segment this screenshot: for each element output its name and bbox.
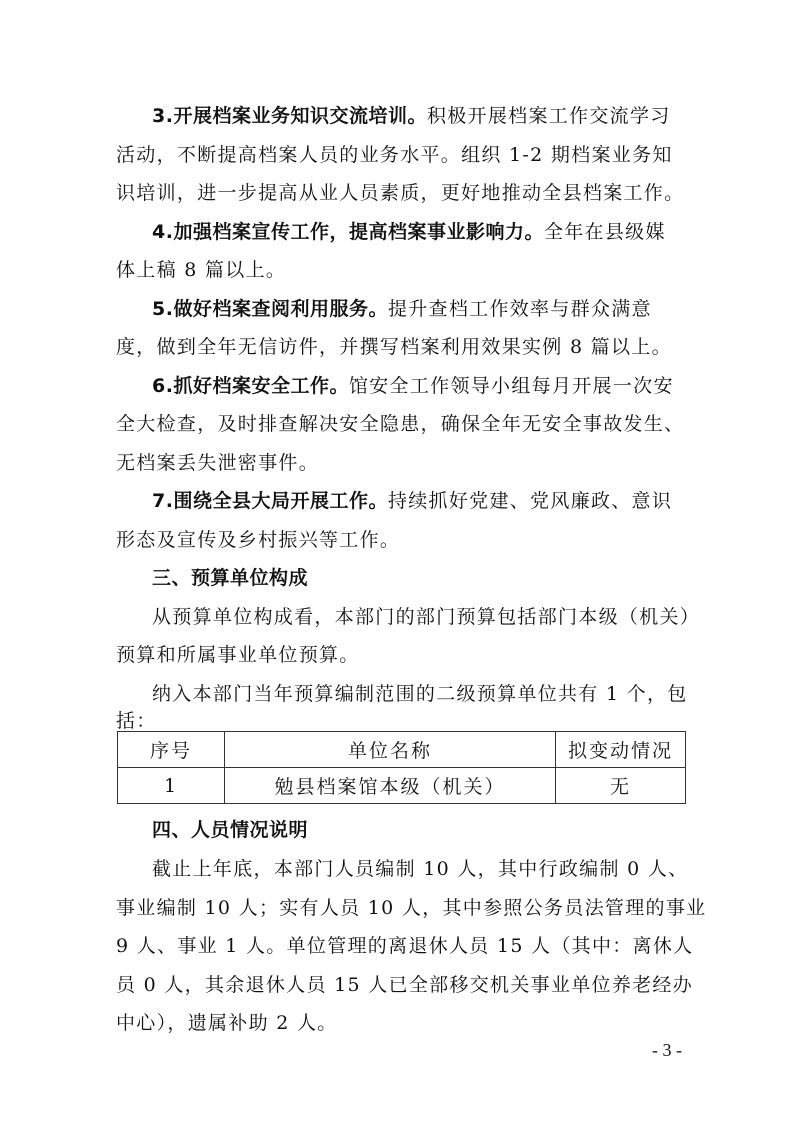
item-4-title: 4.加强档案宣传工作，提高档案事业影响力。 <box>152 221 544 243</box>
section-4-line-2: 事业编制 10 人；实有人员 10 人，其中参照公务员法管理的事业 <box>116 896 696 920</box>
section-4-line-3: 9 人、事业 1 人。单位管理的离退休人员 15 人（其中：离休人 <box>116 934 696 958</box>
paragraph-3-line-1: 3.开展档案业务知识交流培训。积极开展档案工作交流学习 <box>152 104 696 128</box>
item-5-title: 5.做好档案查阅利用服务。 <box>152 298 388 320</box>
table-cell: 无 <box>556 768 686 804</box>
page-number: - 3 - <box>652 1040 682 1061</box>
paragraph-4-line-1: 4.加强档案宣传工作，提高档案事业影响力。全年在县级媒 <box>152 220 696 244</box>
paragraph-4-line-2: 体上稿 8 篇以上。 <box>116 258 696 282</box>
section-4-line-5: 中心），遗属补助 2 人。 <box>116 1011 696 1035</box>
paragraph-6-line-3: 无档案丢失泄密事件。 <box>116 451 696 475</box>
section-3-heading: 三、预算单位构成 <box>152 566 696 590</box>
section-4-heading: 四、人员情况说明 <box>152 818 696 842</box>
section-3-para-1-line-1: 从预算单位构成看，本部门的部门预算包括部门本级（机关） <box>152 605 696 629</box>
table-header-row: 序号 单位名称 拟变动情况 <box>118 732 686 768</box>
paragraph-6-line-2: 全大检查，及时排查解决安全隐患，确保全年无安全事故发生、 <box>116 412 696 436</box>
paragraph-3-line-3: 识培训，进一步提高从业人员素质，更好地推动全县档案工作。 <box>116 181 696 205</box>
item-3-title: 3.开展档案业务知识交流培训。 <box>152 105 427 127</box>
table-header-cell: 序号 <box>118 732 225 768</box>
section-4-line-4: 员 0 人，其余退休人员 15 人已全部移交机关事业单位养老经办 <box>116 973 696 997</box>
table-header-cell: 拟变动情况 <box>556 732 686 768</box>
table-header-cell: 单位名称 <box>225 732 556 768</box>
paragraph-7-line-2: 形态及宣传及乡村振兴等工作。 <box>116 528 696 552</box>
section-3-para-1-line-2: 预算和所属事业单位预算。 <box>116 643 696 667</box>
paragraph-6-line-1: 6.抓好档案安全工作。馆安全工作领导小组每月开展一次安 <box>152 374 696 398</box>
budget-units-table: 序号 单位名称 拟变动情况 1 勉县档案馆本级（机关） 无 <box>117 731 686 804</box>
section-3-para-2-line-2: 括： <box>116 709 696 733</box>
item-6-title: 6.抓好档案安全工作。 <box>152 375 349 397</box>
section-3-para-2-line-1: 纳入本部门当年预算编制范围的二级预算单位共有 1 个，包 <box>152 682 696 706</box>
paragraph-5-line-1: 5.做好档案查阅利用服务。提升查档工作效率与群众满意 <box>152 297 696 321</box>
table-cell: 勉县档案馆本级（机关） <box>225 768 556 804</box>
paragraph-3-line-2: 活动，不断提高档案人员的业务水平。组织 1-2 期档案业务知 <box>116 143 696 167</box>
section-4-line-1: 截止上年底，本部门人员编制 10 人，其中行政编制 0 人、 <box>152 857 696 881</box>
paragraph-5-line-2: 度，做到全年无信访件，并撰写档案利用效果实例 8 篇以上。 <box>116 335 696 359</box>
item-7-title: 7.围绕全县大局开展工作。 <box>152 490 388 512</box>
document-page: 3.开展档案业务知识交流培训。积极开展档案工作交流学习 活动，不断提高档案人员的… <box>0 0 793 1122</box>
table-cell: 1 <box>118 768 225 804</box>
paragraph-7-line-1: 7.围绕全县大局开展工作。持续抓好党建、党风廉政、意识 <box>152 489 696 513</box>
table-row: 1 勉县档案馆本级（机关） 无 <box>118 768 686 804</box>
